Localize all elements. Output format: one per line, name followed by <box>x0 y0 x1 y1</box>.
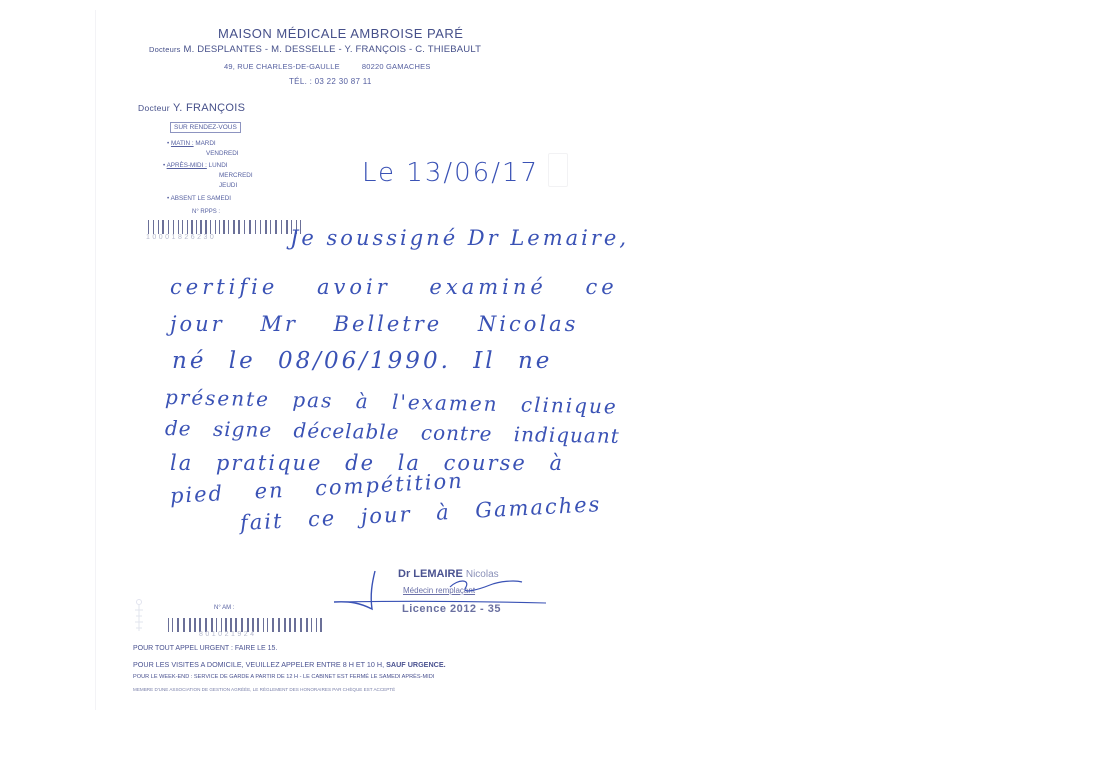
barcode-bar <box>233 220 235 234</box>
morning-day-0: MARDI <box>195 140 215 147</box>
barcode-bar <box>263 618 264 632</box>
barcode-bar <box>168 618 169 632</box>
barcode-bar <box>247 618 249 632</box>
address-line: 49, RUE CHARLES-DE-GAULLE80220 GAMACHES <box>224 62 431 71</box>
rpps-barcode <box>148 220 303 234</box>
phone-number: TÉL. : 03 22 30 87 11 <box>289 77 372 86</box>
footer-home-visits: POUR LES VISITES A DOMICILE, VEUILLEZ AP… <box>133 660 446 669</box>
barcode-bar <box>187 220 188 234</box>
afternoon-day-1: MERCREDI <box>163 172 253 179</box>
barcode-bar <box>153 220 154 234</box>
schedule-afternoon: • APRÈS-MIDI : LUNDI MERCREDI JEUDI <box>163 161 253 191</box>
am-number: 801021924 <box>199 631 257 638</box>
barcode-bar <box>182 220 183 234</box>
barcode-bar <box>191 220 193 234</box>
footer-home-visits-text: POUR LES VISITES A DOMICILE, VEUILLEZ AP… <box>133 660 384 669</box>
barcode-bar <box>216 618 217 632</box>
barcode-bar <box>244 220 245 234</box>
barcode-bar <box>257 618 259 632</box>
schedule-morning: • MATIN : MARDI VENDREDI <box>167 139 239 159</box>
doctor-name: Docteur Y. FRANÇOIS <box>138 102 245 114</box>
handwritten-line-4: né le 08/06/1990. Il ne <box>172 348 552 374</box>
barcode-bar <box>267 618 268 632</box>
doctors-prefix: Docteurs <box>149 45 181 54</box>
barcode-bar <box>189 618 191 632</box>
barcode-bar <box>306 618 308 632</box>
barcode-bar <box>158 220 159 234</box>
barcode-bar <box>252 618 254 632</box>
barcode-bar <box>177 618 179 632</box>
barcode-bar <box>278 618 280 632</box>
barcode-bar <box>173 220 174 234</box>
barcode-bar <box>168 220 169 234</box>
address-street: 49, RUE CHARLES-DE-GAULLE <box>224 62 340 71</box>
barcode-bar <box>223 220 225 234</box>
barcode-bar <box>238 220 240 234</box>
address-city: 80220 GAMACHES <box>362 62 431 71</box>
barcode-bar <box>205 618 207 632</box>
barcode-bar <box>272 618 274 632</box>
absent-text: ABSENT LE SAMEDI <box>171 195 231 202</box>
barcode-bar <box>196 220 197 234</box>
barcode-bar <box>172 618 173 632</box>
appointment-badge: SUR RENDEZ-VOUS <box>170 122 241 133</box>
barcode-bar <box>211 618 213 632</box>
barcode-bar <box>241 618 243 632</box>
rpps-label: N° RPPS : <box>192 209 220 215</box>
footer-membership: MEMBRE D'UNE ASSOCIATION DE GESTION AGRÉ… <box>133 687 395 692</box>
barcode-bar <box>235 618 237 632</box>
barcode-bar <box>205 220 207 234</box>
barcode-bar <box>275 220 277 234</box>
barcode-bar <box>230 618 232 632</box>
afternoon-day-0: LUNDI <box>209 162 228 169</box>
morning-day-1: VENDREDI <box>167 150 239 157</box>
doctors-list: M. DESPLANTES - M. DESSELLE - Y. FRANÇOI… <box>183 44 481 55</box>
footer-home-visits-bold: SAUF URGENCE. <box>386 660 446 669</box>
caduceus-icon <box>134 598 144 632</box>
barcode-bar <box>200 220 202 234</box>
signature-icon <box>330 565 550 615</box>
barcode-bar <box>320 618 322 632</box>
barcode-bar <box>225 618 227 632</box>
barcode-bar <box>300 618 302 632</box>
barcode-bar <box>255 220 256 234</box>
practice-name: MAISON MÉDICALE AMBROISE PARÉ <box>218 26 463 41</box>
barcode-bar <box>162 220 164 234</box>
barcode-bar <box>221 618 222 632</box>
doctors-line: Docteurs M. DESPLANTES - M. DESSELLE - Y… <box>149 44 481 55</box>
barcode-bar <box>215 220 216 234</box>
barcode-bar <box>270 220 271 234</box>
barcode-bar <box>311 618 312 632</box>
morning-label: MATIN : <box>171 140 194 147</box>
doctor-prefix: Docteur <box>138 103 170 113</box>
barcode-bar <box>183 618 185 632</box>
barcode-bar <box>289 618 291 632</box>
barcode-bar <box>260 220 261 234</box>
barcode-bar <box>316 618 317 632</box>
barcode-bar <box>286 220 288 234</box>
schedule-absent: • ABSENT LE SAMEDI <box>167 194 231 204</box>
handwritten-line-1: Je soussigné Dr Lemaire, <box>290 226 629 250</box>
barcode-bar <box>148 220 149 234</box>
scanned-document-page: MAISON MÉDICALE AMBROISE PARÉ Docteurs M… <box>0 0 1115 775</box>
handwritten-date: Le 13/06/17 <box>362 158 539 188</box>
barcode-bar <box>199 618 201 632</box>
scan-artifact <box>548 153 568 187</box>
barcode-bar <box>194 618 196 632</box>
handwritten-line-3: jour Mr Belletre Nicolas <box>170 312 578 336</box>
afternoon-label: APRÈS-MIDI : <box>167 162 207 169</box>
barcode-bar <box>265 220 267 234</box>
barcode-bar <box>210 220 211 234</box>
footer-weekend: POUR LE WEEK-END : SERVICE DE GARDE A PA… <box>133 674 434 680</box>
barcode-bar <box>294 618 296 632</box>
barcode-bar <box>228 220 229 234</box>
am-label: N° AM : <box>214 605 234 611</box>
handwritten-line-2: certifie avoir examiné ce <box>170 275 618 299</box>
barcode-bar <box>219 220 220 234</box>
afternoon-day-2: JEUDI <box>163 182 237 189</box>
am-barcode <box>168 618 324 632</box>
barcode-bar <box>284 618 286 632</box>
rpps-number: 10001826230 <box>146 234 216 241</box>
doctor-name-text: Y. FRANÇOIS <box>173 102 245 114</box>
barcode-bar <box>178 220 179 234</box>
barcode-bar <box>281 220 282 234</box>
footer-urgent: POUR TOUT APPEL URGENT : FAIRE LE 15. <box>133 645 277 652</box>
barcode-bar <box>249 220 251 234</box>
handwritten-line-7: la pratique de la course à <box>170 451 564 475</box>
